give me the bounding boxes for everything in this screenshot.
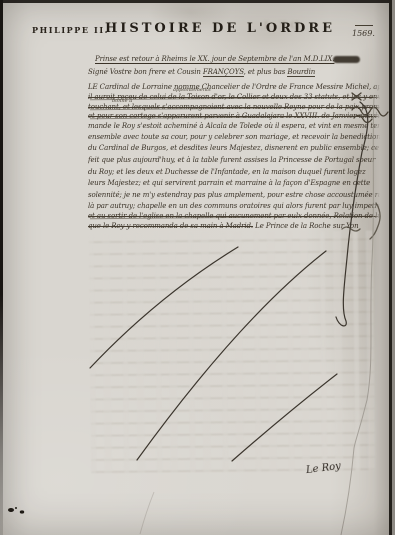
manuscript-closing-line: que le Roy y recommanda de sa main à Mad…: [88, 222, 386, 233]
ink-blot-strikeout: [333, 56, 360, 63]
manuscript-line: ensemble avec toute sa cour, pour y cele…: [88, 133, 386, 144]
manuscript-line: solennité; je ne m'y estendray pas plus …: [88, 191, 386, 202]
scan-edge-left: [0, 0, 3, 535]
closing-struck-part: que le Roy y recommanda de sa main à Mad…: [88, 222, 253, 230]
manuscript-line: feit que plus aujourd'huy, et à la table…: [88, 156, 386, 167]
closing-plain-part: Le Prince de la Roche sur Yon: [253, 222, 359, 230]
faint-scratch-line: [140, 492, 154, 534]
manuscript-page-scan: DE L PHILIPPE II. HISTOIRE DE L'ORDRE 15…: [0, 0, 395, 535]
salutation-pre: Signé Vostre bon frere et Cousin: [88, 68, 203, 76]
salutation-name: FRANÇOYS: [203, 68, 244, 77]
manuscript-line: du Cardinal de Burgos, et desdites leurs…: [88, 144, 386, 155]
manuscript-line: leurs Majestez; et qui servirent parrain…: [88, 179, 386, 190]
salutation-signer: Bourdin: [287, 68, 315, 77]
page-edge-gutter: [374, 0, 389, 535]
year-rule: [355, 25, 373, 26]
year-label: 1569.: [352, 29, 375, 38]
bleedthrough-ruling: [89, 231, 375, 474]
page-title: HISTOIRE DE L'ORDRE: [45, 21, 395, 36]
manuscript-line: mande le Roy s'estoit acheminé à Alcala …: [88, 122, 386, 133]
ink-spatter: [8, 507, 24, 514]
salutation-mid: , et plus bas: [244, 68, 288, 76]
manuscript-line: du Roy; et les deux et Duchesse de l'Inf…: [88, 168, 386, 179]
scan-edge-top: [0, 0, 395, 3]
manuscript-salutation: Signé Vostre bon frere et Cousin FRANÇOY…: [88, 68, 386, 79]
